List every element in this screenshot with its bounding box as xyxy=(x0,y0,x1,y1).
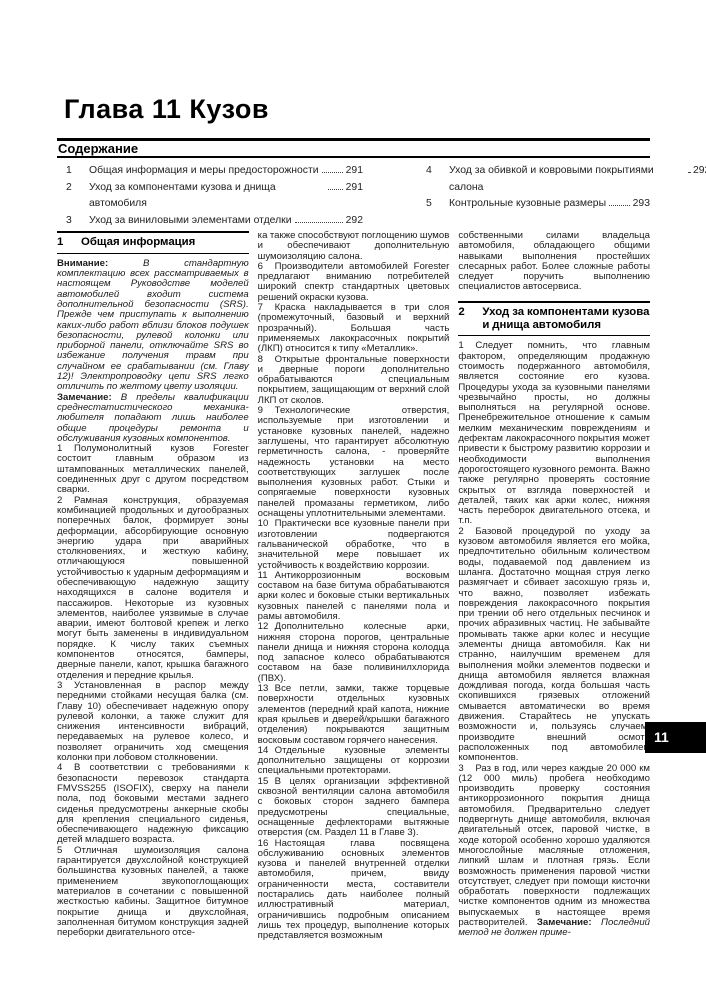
paragraph: 2Рамная конструкция, образуемая комбинац… xyxy=(57,496,249,681)
paragraph: 13Все петли, замки, также торцевые повер… xyxy=(258,684,450,746)
paragraph-text: Настоящая глава посвящена обслуживанию о… xyxy=(258,838,450,942)
paragraph-text: ка также способствуют поглощению шумов и… xyxy=(258,230,450,262)
paragraph-text: собственными силами владельца автомобиля… xyxy=(458,230,650,292)
contents-rule xyxy=(57,156,650,158)
paragraph-text: Технологические отверстия, используемые … xyxy=(258,405,450,519)
toc-column-right: 4Уход за обивкой и ковровыми покрытиями … xyxy=(426,163,650,229)
paragraph: Внимание: В стандартную комплектацию все… xyxy=(57,259,249,393)
paragraph: 2Базовой процедурой по уходу за кузовом … xyxy=(458,527,650,764)
section-title: Общая информация xyxy=(81,236,249,249)
paragraph: 6Производители автомобилей Forester пред… xyxy=(258,262,450,303)
paragraph: 10Практически все кузовные панели при из… xyxy=(258,519,450,570)
toc-item-number: 2 xyxy=(66,180,89,197)
paragraph-text: Рамная конструкция, образуемая комбинаци… xyxy=(57,495,249,681)
toc-item-page: 291 xyxy=(346,163,363,180)
paragraph: Замечание: В пределы квалификации средне… xyxy=(57,393,249,444)
paragraph-text: Базовой процедурой по уходу за кузовом а… xyxy=(458,526,650,764)
paragraph-text: Следует помнить, что главным фактором, о… xyxy=(458,340,650,526)
toc-leader-dots xyxy=(295,222,343,223)
toc-item[interactable]: 4Уход за обивкой и ковровыми покрытиями … xyxy=(426,163,650,196)
paragraph-text: Установленная в распор между передними с… xyxy=(57,680,249,763)
toc-item-page: 292 xyxy=(346,213,363,230)
toc-item[interactable]: 3Уход за виниловыми элементами отделки29… xyxy=(66,213,363,230)
toc-item-number: 1 xyxy=(66,163,89,180)
body-columns: 1Общая информацияВнимание: В стандартную… xyxy=(57,231,650,941)
paragraph: 1Следует помнить, что главным фактором, … xyxy=(458,341,650,526)
paragraph: 11Антикоррозионным восковым составом на … xyxy=(258,571,450,622)
paragraph: 3Раз в год, или через каждые 20 000 км (… xyxy=(458,764,650,939)
paragraph: 12Дополнительно колесные арки, нижняя ст… xyxy=(258,622,450,684)
paragraph: 7Краска накладывается в три слоя (промеж… xyxy=(258,303,450,354)
paragraph-text: Все петли, замки, также торцевые поверхн… xyxy=(258,683,450,745)
chapter-page-tab: 11 xyxy=(645,722,706,753)
toc-leader-dots xyxy=(322,172,343,173)
toc-leader-dots xyxy=(609,205,630,206)
section-number: 2 xyxy=(458,306,482,332)
paragraph: 4В соответствии с требованиями к безопас… xyxy=(57,763,249,845)
paragraph: 15В целях организации эффективной сквозн… xyxy=(258,777,450,839)
paragraph-text: В соответствии с требованиями к безопасн… xyxy=(57,762,249,845)
paragraph: 5Отличная шумоизоляция салона гарантируе… xyxy=(57,846,249,939)
toc-item-title: Уход за обивкой и ковровыми покрытиями с… xyxy=(449,163,685,196)
toc-item-page: 293 xyxy=(633,196,650,213)
toc-column-left: 1Общая информация и меры предосторожност… xyxy=(66,163,363,229)
toc-leader-dots xyxy=(328,189,343,190)
text-column-1: 1Общая информацияВнимание: В стандартную… xyxy=(57,231,249,941)
toc-item-number: 5 xyxy=(426,196,449,213)
toc-item-title: Уход за компонентами кузова и днища авто… xyxy=(89,180,325,213)
toc-item[interactable]: 5Контрольные кузовные размеры293 xyxy=(426,196,650,213)
paragraph-text: Отличная шумоизоляция салона гарантирует… xyxy=(57,845,249,938)
toc-item-number: 3 xyxy=(66,213,89,230)
section-title: Уход за компонентами кузова и днища авто… xyxy=(482,306,650,332)
toc-item[interactable]: 1Общая информация и меры предосторожност… xyxy=(66,163,363,180)
paragraph-text: Антикоррозионным восковым составом на ба… xyxy=(258,570,450,622)
title-rule xyxy=(57,138,650,141)
paragraph-text: В целях организации эффективной сквозной… xyxy=(258,776,450,838)
paragraph: 3Установленная в распор между передними … xyxy=(57,681,249,763)
paragraph-text: Дополнительно колесные арки, нижняя стор… xyxy=(258,621,450,683)
toc-item-page: 291 xyxy=(346,180,363,197)
section-number: 1 xyxy=(57,236,81,249)
paragraph-text: Практически все кузовные панели при изго… xyxy=(258,518,450,570)
paragraph: ка также способствуют поглощению шумов и… xyxy=(258,231,450,262)
toc-leader-dots xyxy=(688,172,690,173)
section-heading: 1Общая информация xyxy=(57,231,249,254)
toc-item-title: Общая информация и меры предосторожности xyxy=(89,163,319,180)
toc-item-title: Уход за виниловыми элементами отделки xyxy=(89,213,292,230)
toc-item-title: Контрольные кузовные размеры xyxy=(449,196,606,213)
paragraph: 16Настоящая глава посвящена обслуживанию… xyxy=(258,839,450,942)
page-title: Глава 11 Кузов xyxy=(64,94,269,125)
paragraph-text: Раз в год, или через каждые 20 000 км (1… xyxy=(458,763,650,928)
section-heading: 2Уход за компонентами кузова и днища авт… xyxy=(458,301,650,337)
paragraph: 1Полумонолитный кузов Forester состоит г… xyxy=(57,444,249,495)
paragraph-text: Полумонолитный кузов Forester состоит гл… xyxy=(57,443,249,495)
paragraph-text: Производители автомобилей Forester предл… xyxy=(258,261,450,303)
paragraph: 9Технологические отверстия, используемые… xyxy=(258,406,450,519)
text-column-2: ка также способствуют поглощению шумов и… xyxy=(258,231,450,941)
paragraph-text: В стандартную комплектацию всех рассматр… xyxy=(57,258,249,393)
paragraph-text: Краска накладывается в три слоя (промежу… xyxy=(258,302,450,354)
toc-item[interactable]: 2Уход за компонентами кузова и днища авт… xyxy=(66,180,363,213)
toc-item-number: 4 xyxy=(426,163,449,180)
paragraph: собственными силами владельца автомобиля… xyxy=(458,231,650,293)
table-of-contents: 1Общая информация и меры предосторожност… xyxy=(57,163,650,229)
paragraph: 14Отдельные кузовные элементы дополнител… xyxy=(258,746,450,777)
paragraph-text: Открытые фронтальные поверхности и дверн… xyxy=(258,354,450,406)
paragraph: 8Открытые фронтальные поверхности и двер… xyxy=(258,355,450,406)
toc-item-page: 292 xyxy=(693,163,706,180)
paragraph-text: Отдельные кузовные элементы дополнительн… xyxy=(258,745,450,777)
contents-heading: Содержание xyxy=(58,141,138,156)
text-column-3: собственными силами владельца автомобиля… xyxy=(458,231,650,941)
